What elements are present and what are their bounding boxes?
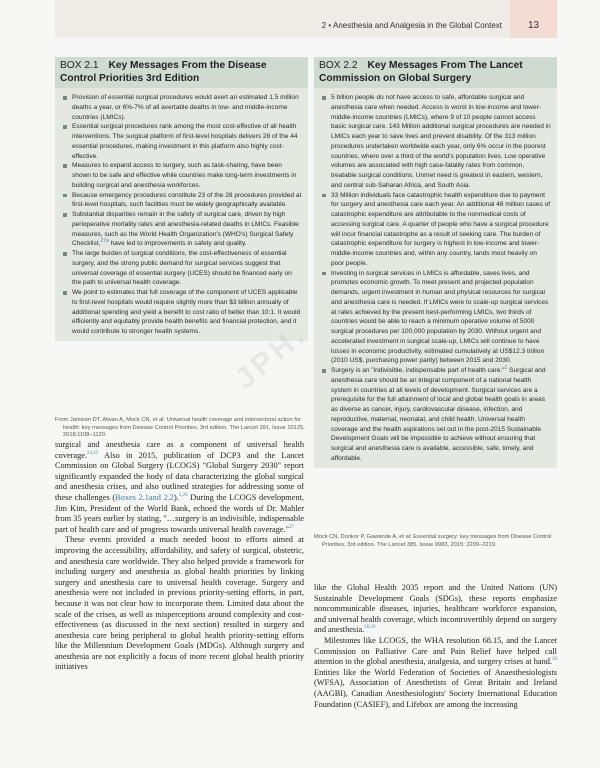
citation-link[interactable]: 5,26 xyxy=(179,493,188,498)
text-span: like the Global Health 2035 report and t… xyxy=(314,583,557,634)
citation-link[interactable]: 24,25 xyxy=(87,451,98,456)
list-item: Surgery is an "indivisible, indispensabl… xyxy=(320,366,551,464)
running-title: 2 • Anesthesia and Analgesia in the Glob… xyxy=(322,21,510,30)
box-2-2: BOX 2.2Key Messages From The Lancet Comm… xyxy=(314,57,557,468)
list-item: The large burden of surgical conditions,… xyxy=(61,249,302,288)
left-column-text: surgical and anesthesia care as a compon… xyxy=(55,440,304,673)
list-item: 5 billion people do not have access to s… xyxy=(320,93,551,191)
list-item: We point to estimates that full coverage… xyxy=(61,288,302,337)
running-header: 2 • Anesthesia and Analgesia in the Glob… xyxy=(55,0,510,38)
citation-link[interactable]: 28,29 xyxy=(364,626,375,631)
paragraph: Milestones like LCOGS, the WHA resolutio… xyxy=(314,636,557,710)
paragraph: surgical and anesthesia care as a compon… xyxy=(55,440,304,535)
page-number: 13 xyxy=(510,20,557,31)
citation-link[interactable]: 30 xyxy=(552,657,557,662)
box-2-2-body: 5 billion people do not have access to s… xyxy=(314,88,557,468)
right-column-text: like the Global Health 2035 report and t… xyxy=(314,583,557,710)
page-number-tab: 13 xyxy=(510,0,557,38)
list-item: Because emergency procedures constitute … xyxy=(61,191,302,211)
list-item: Essential surgical procedures rank among… xyxy=(61,122,302,161)
box-cross-reference-link[interactable]: Boxes 2.1and 2.2 xyxy=(115,493,174,502)
list-item: Measures to expand access to surgery, su… xyxy=(61,161,302,190)
text-span: Milestones like LCOGS, the WHA resolutio… xyxy=(314,636,557,666)
list-item: 33 Million individuals face catastrophic… xyxy=(320,191,551,269)
list-item: Investing in surgical services in LMICs … xyxy=(320,269,551,367)
box-2-1-body: Provision of essential surgical procedur… xyxy=(55,88,308,341)
box-2-1: BOX 2.1Key Messages From the Disease Con… xyxy=(55,57,308,341)
box-number: BOX 2.1 xyxy=(60,60,99,71)
box-2-1-header: BOX 2.1Key Messages From the Disease Con… xyxy=(55,57,308,88)
bullet-text: Surgical and anesthesia care should be a… xyxy=(331,367,546,462)
bullet-text: Surgery is an "indivisible, indispensabl… xyxy=(331,367,505,374)
box-2-2-source: Mock CN, Donkor P, Gawande A, et al: Ess… xyxy=(314,534,562,549)
paragraph: These events provided a much needed boos… xyxy=(55,535,304,673)
box-number: BOX 2.2 xyxy=(319,60,358,71)
box-2-2-header: BOX 2.2Key Messages From The Lancet Comm… xyxy=(314,57,557,88)
citation-link[interactable]: 27 xyxy=(289,525,294,530)
citation-link[interactable]: 1 xyxy=(505,365,508,371)
box-2-1-source: From Jamison DT, Alwan A, Mock CN, et al… xyxy=(55,417,311,440)
text-span: Entities like the World Federation of So… xyxy=(314,668,557,709)
list-item: Provision of essential surgical procedur… xyxy=(61,93,302,122)
citation-link[interactable]: 27a xyxy=(100,238,108,244)
list-item: Substantial disparities remain in the sa… xyxy=(61,210,302,249)
paragraph: like the Global Health 2035 report and t… xyxy=(314,583,557,636)
bullet-text: have led to improvements in safety and q… xyxy=(111,240,247,247)
